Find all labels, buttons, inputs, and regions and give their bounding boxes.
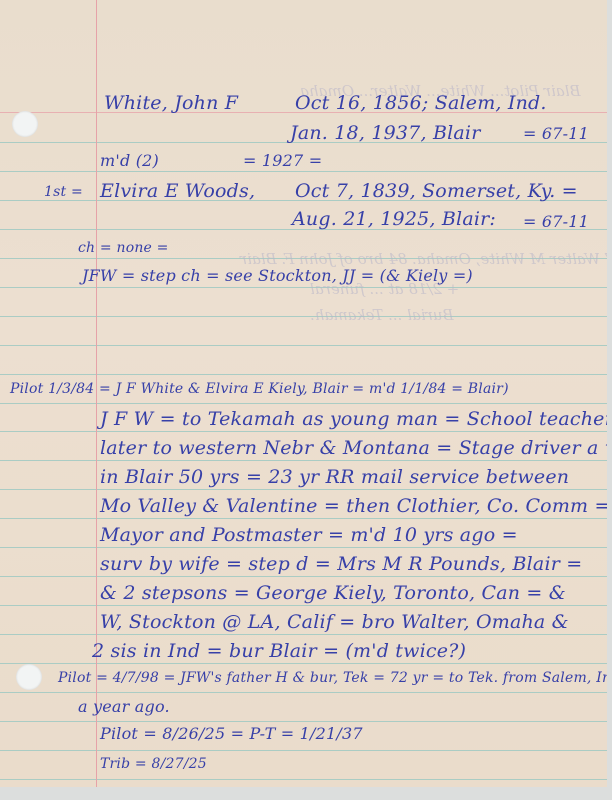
scanned-page: Blair Pilot... White... Walter... Omaha …	[0, 0, 612, 800]
punch-hole-top	[12, 111, 38, 137]
ruled-line	[0, 547, 607, 548]
pilot-1898-continued: a year ago.	[78, 697, 170, 716]
spouse-death: Aug. 21, 1925, Blair:	[292, 208, 496, 230]
obituary-line: Mo Valley & Valentine = then Clothier, C…	[100, 495, 607, 517]
married-year: = 1927 =	[243, 151, 322, 170]
spouse-prefix: 1st =	[44, 184, 83, 200]
children-note: ch = none =	[78, 240, 169, 256]
pilot-1925-entry: Pilot = 8/26/25 = P-T = 1/21/37	[100, 724, 363, 743]
ruled-line	[0, 779, 607, 780]
obituary-line: surv by wife = step d = Mrs M R Pounds, …	[100, 553, 582, 575]
spouse-name: Elvira E Woods,	[100, 180, 255, 202]
ruled-line	[0, 403, 607, 404]
ruled-line	[0, 634, 607, 635]
ruled-line	[0, 374, 607, 375]
obituary-line: & 2 stepsons = George Kiely, Toronto, Ca…	[100, 582, 566, 604]
ruled-line	[0, 663, 607, 664]
tribune-1925-entry: Trib = 8/27/25	[100, 756, 207, 772]
subject-birth: Oct 16, 1856; Salem, Ind.	[295, 92, 547, 114]
bleed-through-text: Burial ... Tekamah.	[310, 306, 454, 324]
married-label: m'd (2)	[100, 151, 159, 170]
obituary-line: later to western Nebr & Montana = Stage …	[100, 437, 607, 459]
ruled-line	[0, 460, 607, 461]
ruled-line	[0, 489, 607, 490]
subject-death-code: = 67-11	[523, 124, 589, 143]
obituary-line: 2 sis in Ind = bur Blair = (m'd twice?)	[92, 640, 466, 662]
spouse-death-code: = 67-11	[523, 212, 589, 231]
ruled-line	[0, 692, 607, 693]
spouse-birth: Oct 7, 1839, Somerset, Ky. =	[295, 180, 578, 202]
obituary-line: W, Stockton @ LA, Calif = bro Walter, Om…	[100, 611, 569, 633]
ruled-line	[0, 518, 607, 519]
ruled-line	[0, 171, 607, 172]
pilot-1898-entry: Pilot = 4/7/98 = JFW's father H & bur, T…	[58, 670, 607, 686]
stepchildren-note: JFW = step ch = see Stockton, JJ = (& Ki…	[82, 266, 473, 285]
ruled-line	[0, 345, 607, 346]
ruled-line	[0, 721, 607, 722]
obituary-line: J F W = to Tekamah as young man = School…	[100, 408, 607, 430]
notebook-paper: Blair Pilot... White... Walter... Omaha …	[0, 0, 607, 787]
ruled-line	[0, 431, 607, 432]
ruled-line	[0, 287, 607, 288]
punch-hole-bottom	[16, 664, 42, 690]
subject-name: White, John F	[104, 92, 238, 114]
ruled-line	[0, 750, 607, 751]
obituary-line: Mayor and Postmaster = m'd 10 yrs ago =	[100, 524, 518, 546]
pilot-entry-heading: Pilot 1/3/84 = J F White & Elvira E Kiel…	[10, 381, 509, 397]
obituary-line: in Blair 50 yrs = 23 yr RR mail service …	[100, 466, 569, 488]
ruled-line	[0, 605, 607, 606]
subject-death: Jan. 18, 1937, Blair	[290, 122, 480, 144]
ruled-line	[0, 576, 607, 577]
ruled-line	[0, 316, 607, 317]
